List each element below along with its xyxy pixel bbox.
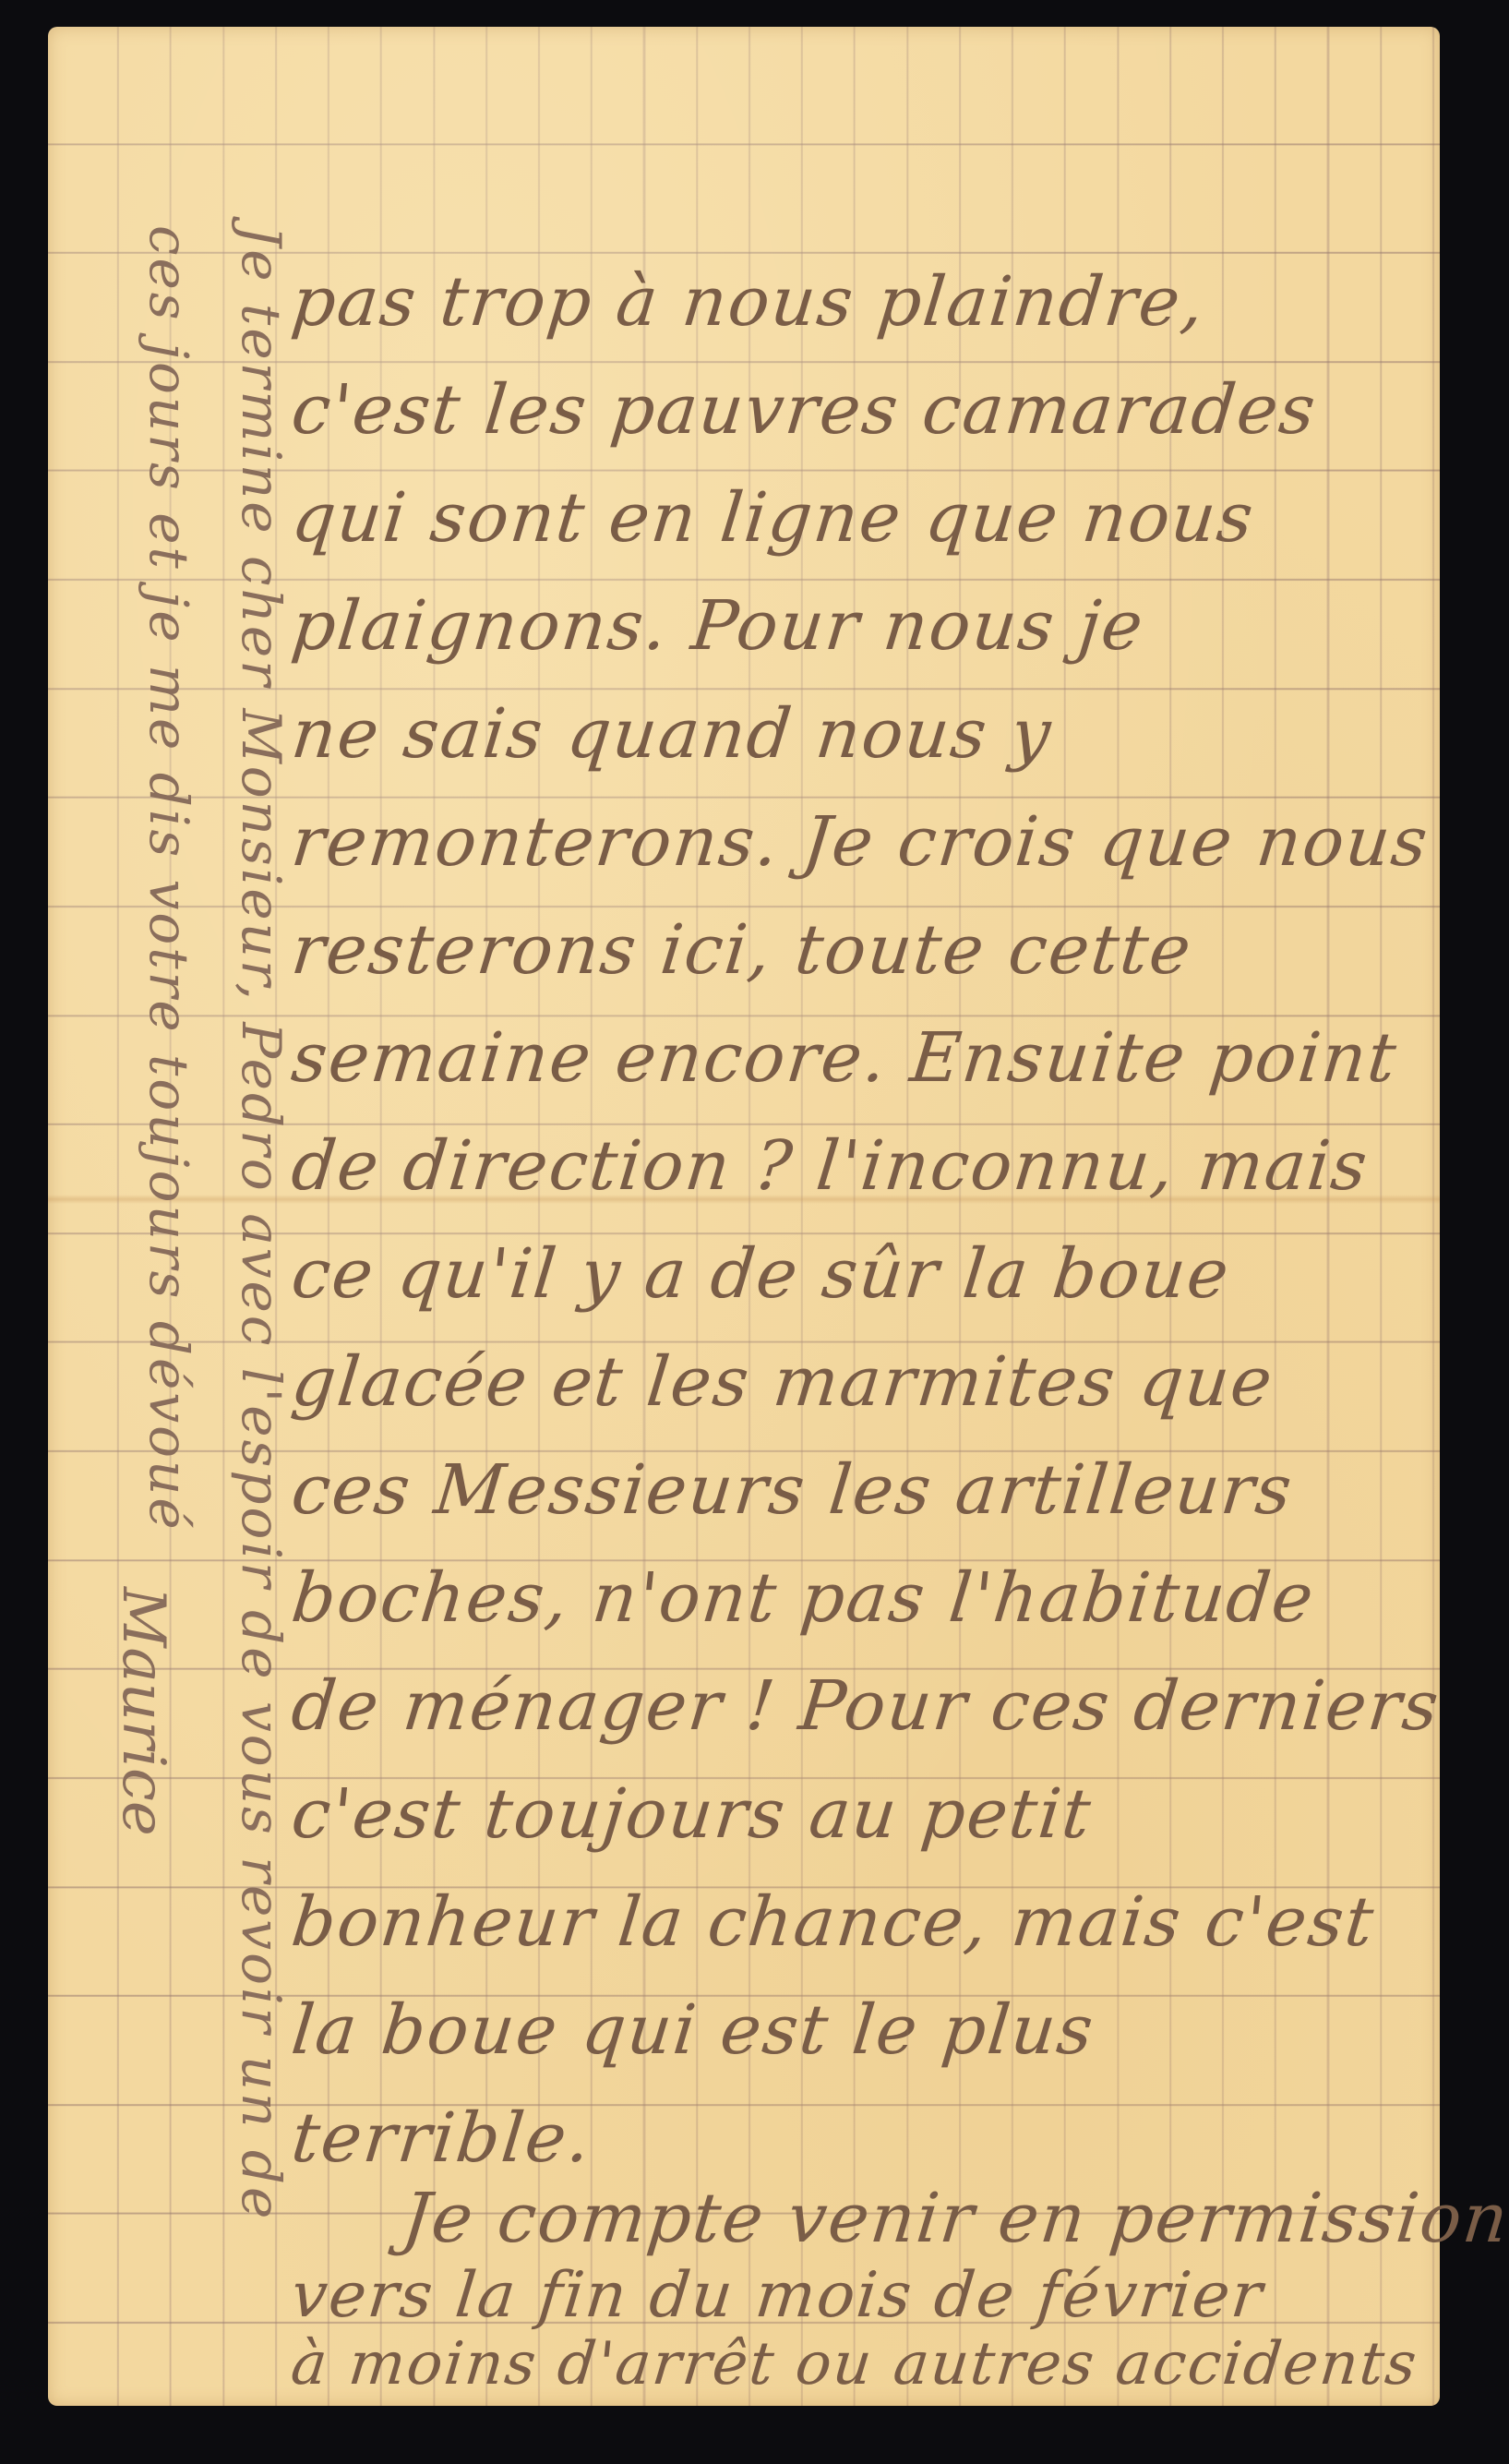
body-line: glacée et les marmites que — [288, 1342, 1277, 1422]
body-line: c'est toujours au petit — [288, 1774, 1096, 1854]
margin-note-line-2: ces jours et je me dis votre toujours dé… — [138, 225, 200, 1532]
letter-page: Je termine cher Monsieur, Pedro avec l'e… — [48, 27, 1440, 2406]
body-line: Je compte venir en permission — [399, 2179, 1509, 2258]
body-line: vers la fin du mois de février — [288, 2259, 1267, 2332]
body-line: qui sont en ligne que nous — [288, 478, 1259, 558]
body-line: ces Messieurs les artilleurs — [288, 1450, 1297, 1530]
body-line: semaine encore. Ensuite point — [288, 1018, 1401, 1098]
body-line: pas trop à nous plaindre, — [288, 262, 1209, 342]
body-line: ce qu'il y a de sûr la boue — [288, 1234, 1234, 1314]
body-line: bonheur la chance, mais c'est — [288, 1882, 1379, 1962]
body-line: c'est les pauvres camarades — [288, 370, 1321, 450]
body-line: la boue qui est le plus — [288, 1990, 1098, 2070]
body-line: ne sais quand nous y — [288, 694, 1056, 774]
body-line: à moins d'arrêt ou autres accidents — [288, 2330, 1421, 2398]
body-line: de ménager ! Pour ces derniers — [288, 1666, 1443, 1746]
body-line: resterons ici, toute cette — [288, 910, 1196, 990]
body-line: boches, n'ont pas l'habitude — [288, 1558, 1319, 1638]
margin-note-line-1: Je termine cher Monsieur, Pedro avec l'e… — [230, 225, 293, 2221]
body-line: de direction ? l'inconnu, mais — [288, 1126, 1372, 1206]
body-line: terrible. — [288, 2098, 595, 2178]
body-line: remonterons. Je crois que nous — [288, 802, 1432, 882]
signature: Maurice — [109, 1587, 177, 1836]
body-line: plaignons. Pour nous je — [288, 586, 1148, 666]
